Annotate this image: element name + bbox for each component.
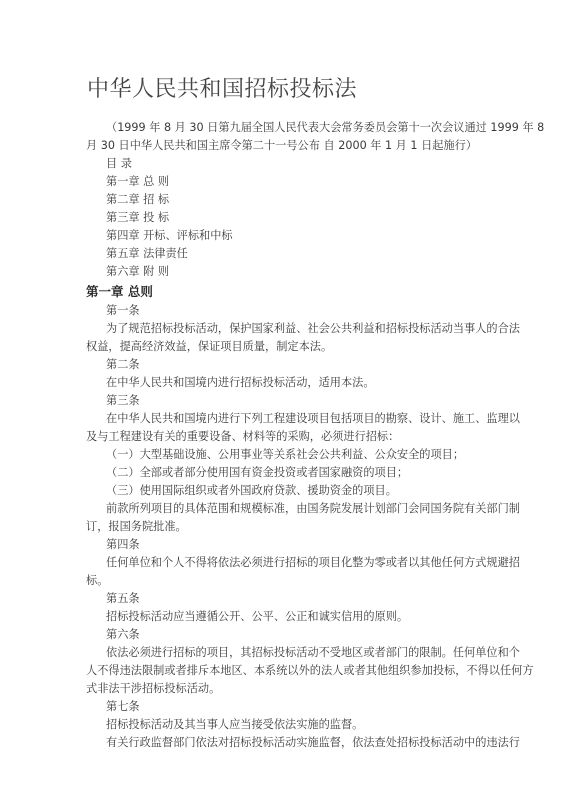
preamble-line-2: 月 30 日中华人民共和国主席令第二十一号公布 自 2000 年 1 月 1 日… [86, 139, 477, 153]
article-text: 在中华人民共和国境内进行下列工程建设项目包括项目的勘察、设计、施工、监理以 [106, 412, 520, 426]
article-text: 订，报国务院批准。 [86, 520, 187, 534]
article-text: 在中华人民共和国境内进行招标投标活动，适用本法。 [106, 376, 375, 390]
article-text: 及与工程建设有关的重要设备、材料等的采购，必须进行招标： [86, 430, 399, 444]
article-text: 为了规范招标投标活动，保护国家利益、社会公共利益和招标投标活动当事人的合法 [106, 322, 520, 336]
toc-item-5: 第五章 法律责任 [106, 247, 188, 261]
toc-item-2: 第二章 招 标 [106, 193, 169, 207]
article-list-item: （三）使用国际组织或者外国政府贷款、援助资金的项目。 [106, 484, 397, 498]
article-text: 式非法干涉招标投标活动。 [86, 682, 220, 696]
article-text: 前款所列项目的具体范围和规模标准，由国务院发展计划部门会同国务院有关部门制 [106, 502, 520, 516]
toc-heading: 目 录 [106, 157, 132, 171]
article-text: 招标投标活动及其当事人应当接受依法实施的监督。 [106, 718, 363, 732]
article-text: 权益，提高经济效益，保证项目质量，制定本法。 [86, 340, 332, 354]
article-label: 第二条 [106, 358, 140, 372]
article-label: 第三条 [106, 394, 140, 408]
article-label: 第五条 [106, 592, 140, 606]
article-text: 任何单位和个人不得将依法必须进行招标的项目化整为零或者以其他任何方式规避招 [106, 556, 520, 570]
preamble-line-1: （1999 年 8 月 30 日第九届全国人民代表大会常务委员会第十一次会议通过… [106, 121, 544, 135]
article-text: 招标投标活动应当遵循公开、公平、公正和诚实信用的原则。 [106, 610, 408, 624]
document-title: 中华人民共和国招标投标法 [87, 72, 357, 103]
article-label: 第一条 [106, 304, 140, 318]
article-list-item: （一）大型基础设施、公用事业等关系社会公共利益、公众安全的项目； [106, 448, 464, 462]
article-label: 第六条 [106, 628, 140, 642]
article-label: 第四条 [106, 538, 140, 552]
article-label: 第七条 [106, 700, 140, 714]
chapter-heading: 第一章 总则 [86, 282, 153, 300]
toc-item-1: 第一章 总 则 [106, 175, 169, 189]
article-text: 标。 [86, 574, 108, 588]
article-text: 人不得违法限制或者排斥本地区、本系统以外的法人或者其他组织参加投标，不得以任何方 [86, 664, 534, 678]
toc-item-6: 第六章 附 则 [106, 265, 169, 279]
article-text: 依法必须进行招标的项目，其招标投标活动不受地区或者部门的限制。任何单位和个 [106, 646, 520, 660]
toc-item-3: 第三章 投 标 [106, 211, 169, 225]
toc-item-4: 第四章 开标、评标和中标 [106, 229, 233, 243]
article-list-item: （二）全部或者部分使用国有资金投资或者国家融资的项目； [106, 466, 408, 480]
article-text: 有关行政监督部门依法对招标投标活动实施监督，依法查处招标投标活动中的违法行 [106, 736, 520, 750]
